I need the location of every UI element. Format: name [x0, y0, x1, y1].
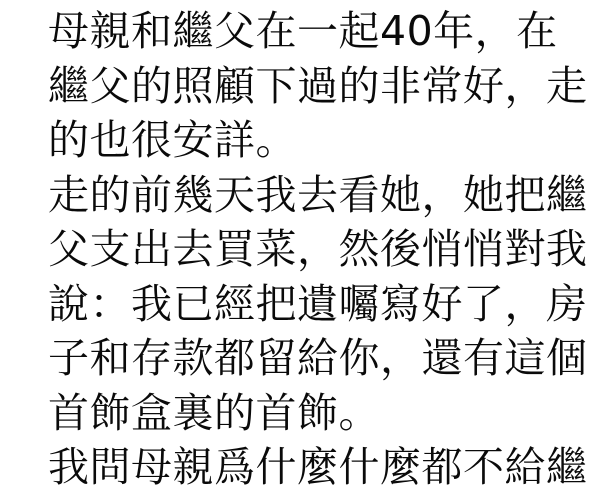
text-line-4: 走的前幾天我去看她，她把繼	[48, 168, 588, 223]
text-line-2: 繼父的照顧下過的非常好，走	[48, 59, 588, 114]
text-line-7: 子和存款都留給你，還有這個	[48, 331, 588, 386]
text-line-9: 我問母親爲什麼什麼都不給繼	[48, 440, 588, 495]
text-line-1: 母親和繼父在一起40年，在	[48, 4, 588, 59]
text-line-5: 父支出去買菜，然後悄悄對我	[48, 222, 588, 277]
text-line-8: 首飾盒裏的首飾。	[48, 386, 588, 441]
text-line-6: 說：我已經把遺囑寫好了，房	[48, 277, 588, 332]
text-line-3: 的也很安詳。	[48, 113, 588, 168]
article-text: 母親和繼父在一起40年，在 繼父的照顧下過的非常好，走 的也很安詳。 走的前幾天…	[48, 4, 588, 495]
